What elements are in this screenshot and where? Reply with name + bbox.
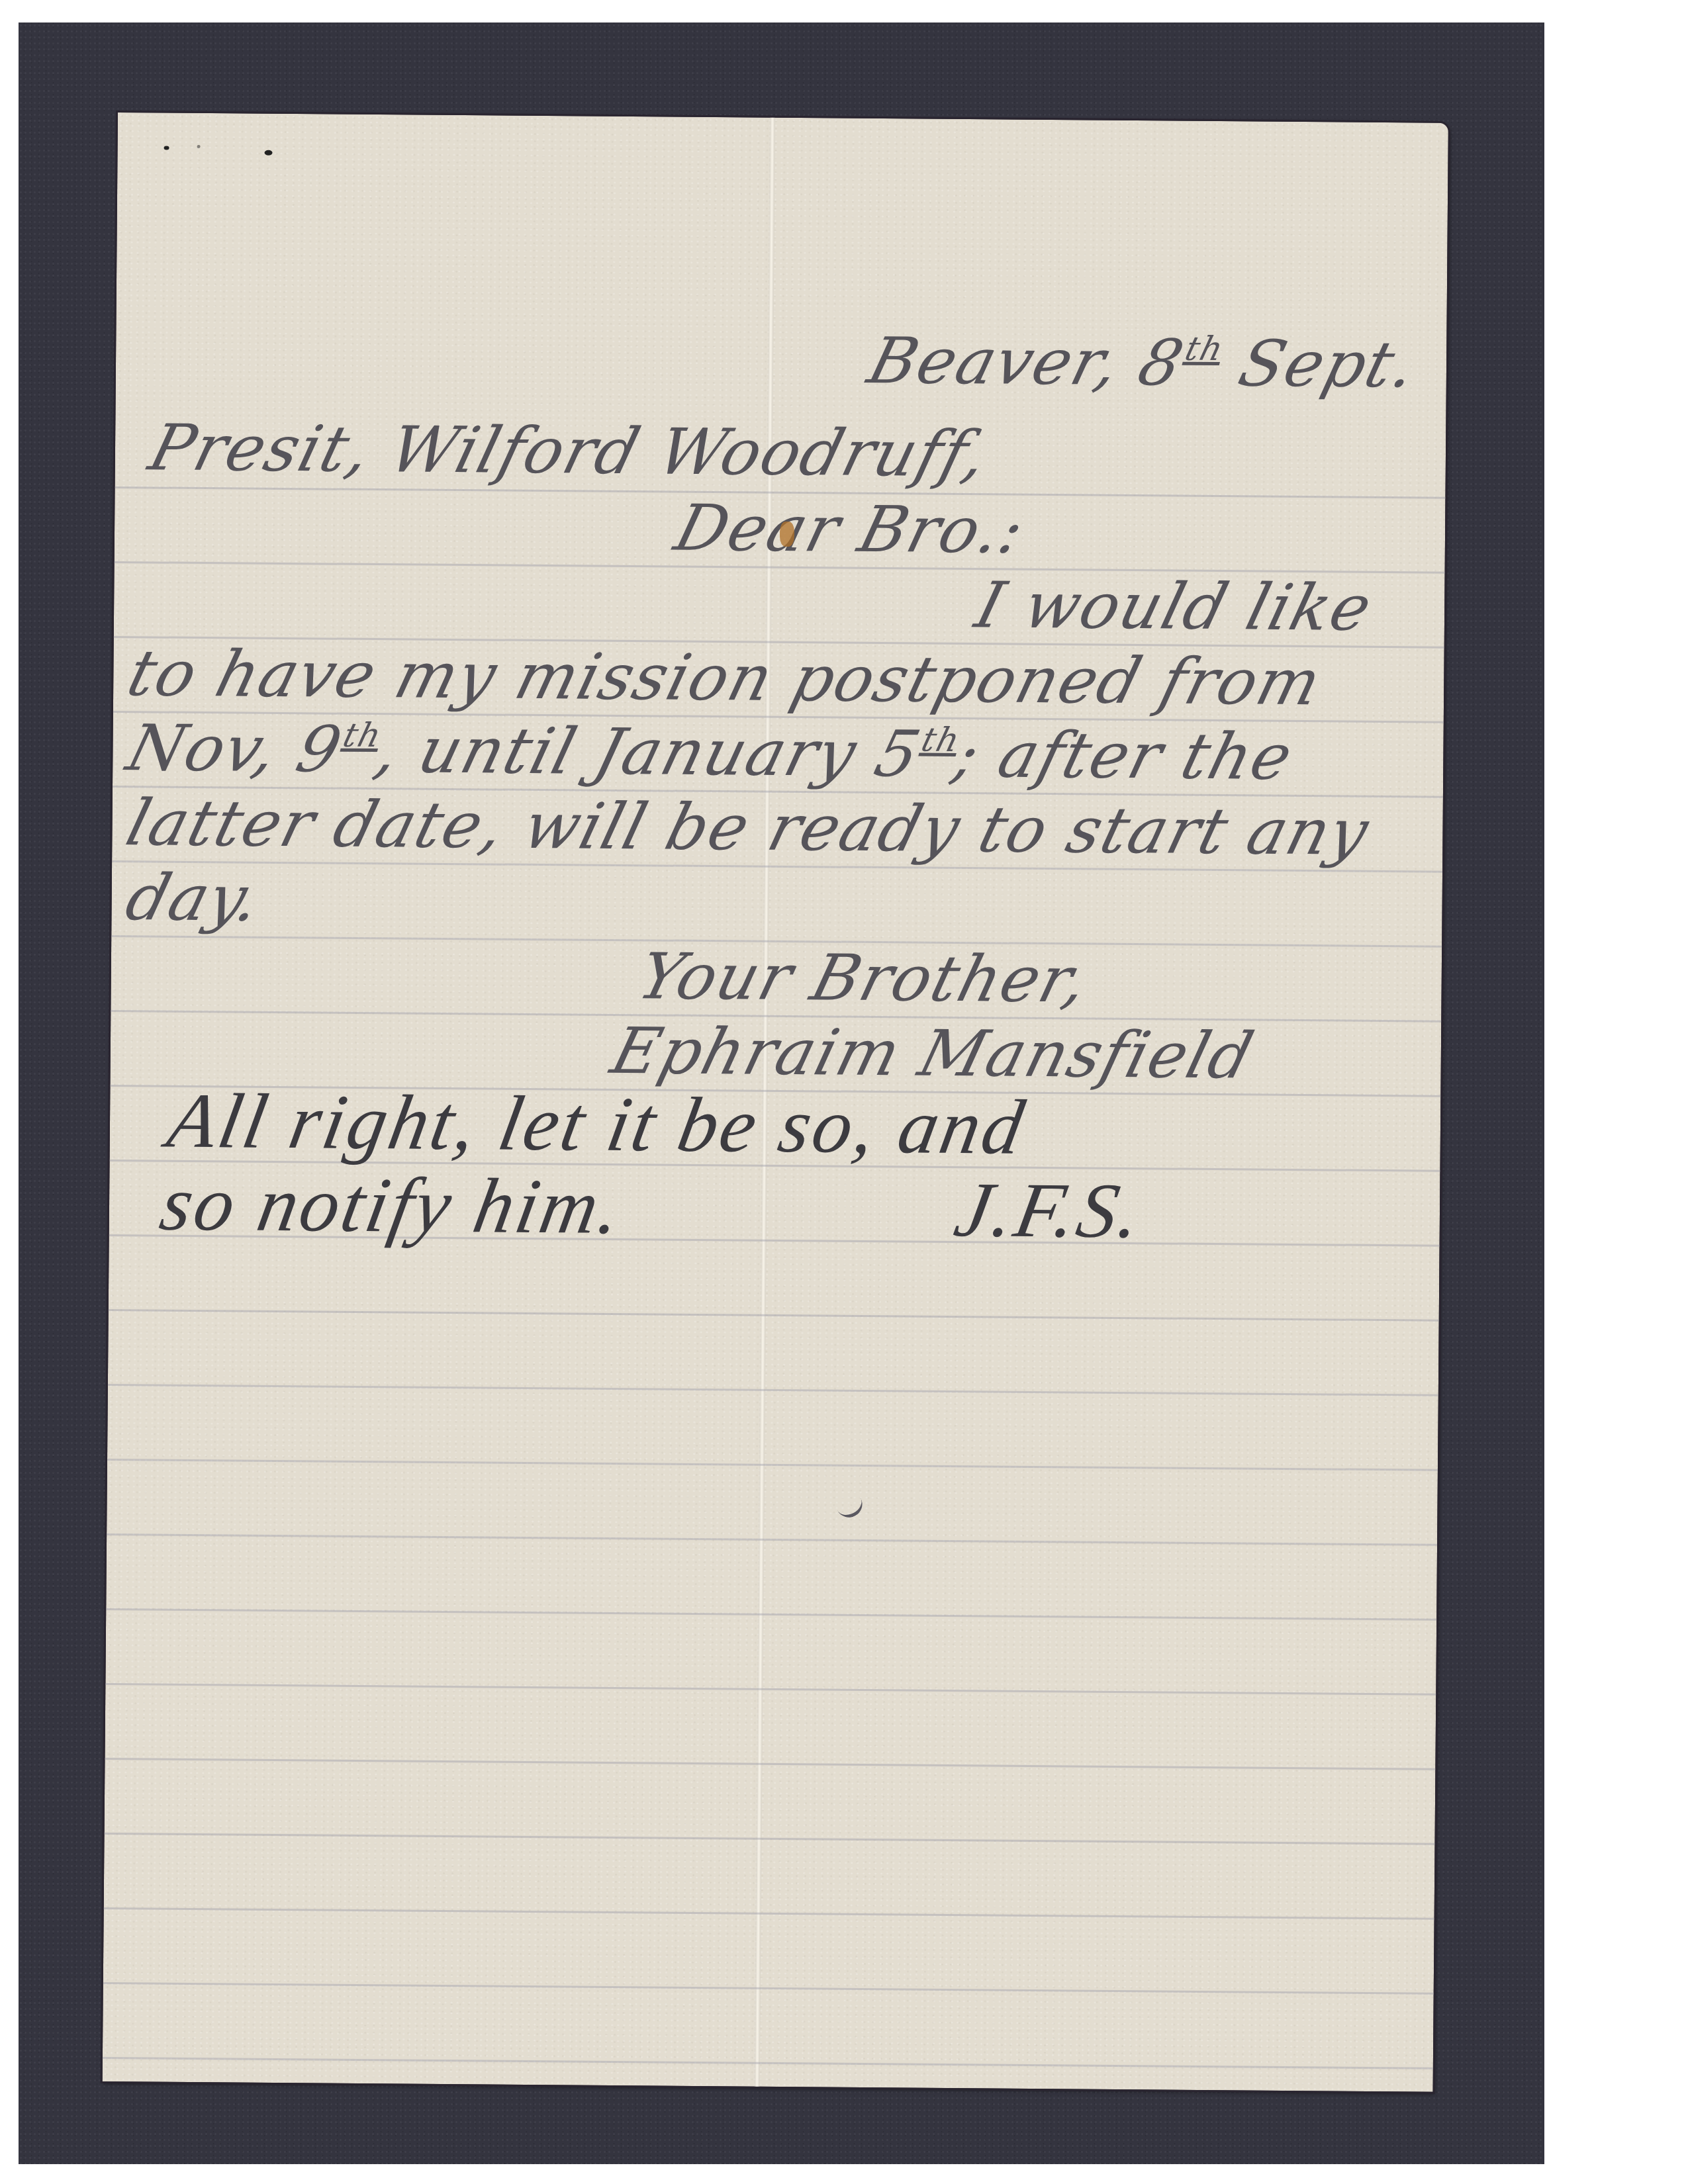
ruled-line [108,1384,1438,1396]
body-line-2: to have my mission postponed from [120,636,1329,719]
pin-hole-mark [164,146,169,150]
body-line-1: I would like [968,568,1380,645]
endorsement-initials: J.F.S. [948,1165,1150,1256]
ruled-line [106,1608,1436,1621]
ruled-line [107,1533,1437,1546]
body-line-5: day. [118,860,269,935]
endorsement-line-1: All right, let it be so, and [162,1076,1033,1173]
dateline-place: Beaver, [861,324,1129,400]
ruled-line [109,1309,1439,1322]
salutation: Dear Bro.: [668,491,1033,568]
letter-sheet: Beaver, 8th Sept. Presit, Wilford Woodru… [103,113,1448,2092]
pin-hole-mark [264,150,272,156]
dateline-month: Sept. [1232,326,1425,402]
dateline: Beaver, 8th Sept. [861,324,1425,402]
ruled-line [105,1833,1435,1845]
pencil-tick-mark [836,1496,867,1522]
body-line-3: Nov, 9th, until January 5th; after the [120,711,1301,794]
ruled-line [105,1683,1436,1696]
pin-hole-mark [197,145,201,148]
rust-stain [780,522,794,547]
addressee: Presit, Wilford Woodruff, [142,411,996,492]
ruled-line [105,1758,1435,1770]
closing: Your Brother, [631,939,1096,1017]
ruled-line [103,2057,1433,2070]
body-line-4: latter date, will be ready to start any [119,786,1377,869]
ruled-line [107,1459,1438,1471]
ruled-line [104,1907,1434,1920]
endorsement-line-2: so notify him. [154,1159,631,1252]
ruled-line [103,1982,1434,1995]
